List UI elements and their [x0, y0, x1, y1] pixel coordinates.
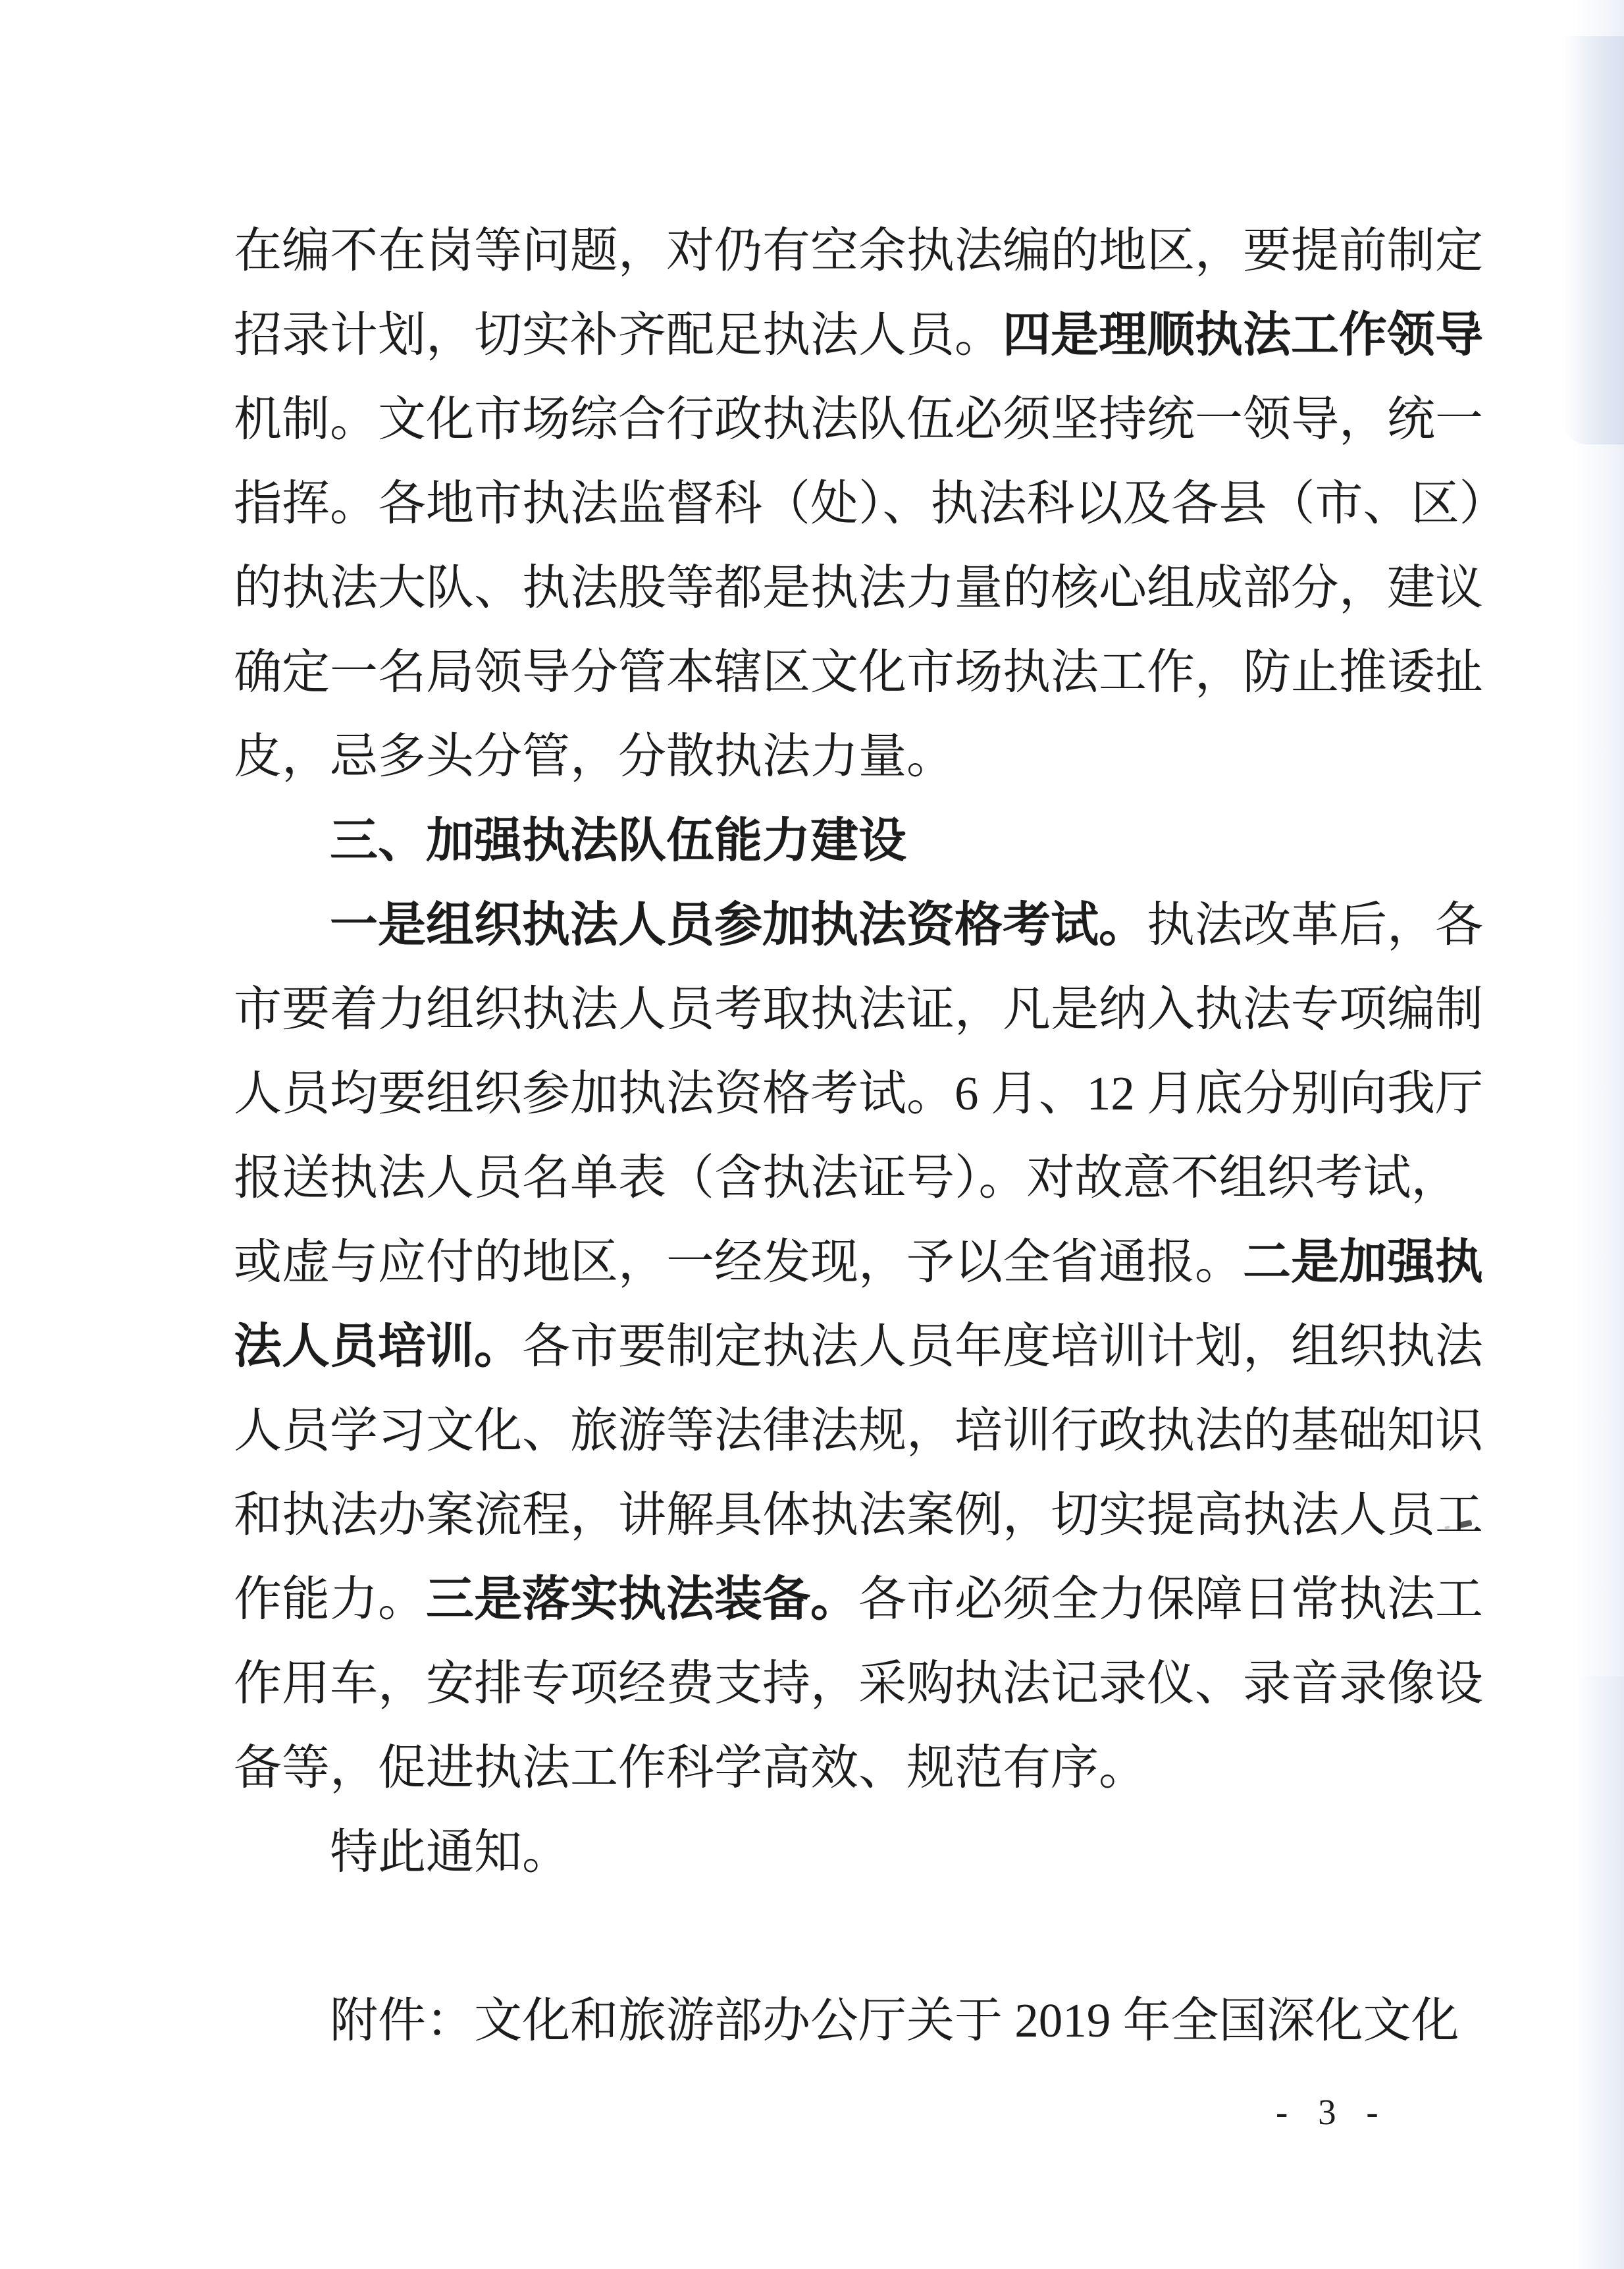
scan-edge-artifact	[1573, 0, 1624, 2269]
text-segment: 作能力。	[234, 1572, 426, 1626]
text-segment: 人员均要组织参加执法资格考试。6 月、12 月底分别向我厅	[234, 1067, 1483, 1120]
text-segment: 各市必须全力保障日常执法工	[858, 1572, 1483, 1626]
text-segment: 报送执法人员名单表（含执法证号）。对故意不组织考试，	[234, 1151, 1459, 1204]
text-segment: 执法改革后，各	[1147, 898, 1483, 951]
text-segment: 或虚与应付的地区，一经发现，予以全省通报。	[234, 1235, 1243, 1289]
bold-text-segment: 四是理顺执法工作领导	[1003, 308, 1483, 361]
text-line: 人员均要组织参加执法资格考试。6 月、12 月底分别向我厅	[234, 1052, 1392, 1136]
text-segment: 作用车，安排专项经费支持，采购执法记录仪、录音录像设	[234, 1657, 1483, 1710]
text-segment: 确定一名局领导分管本辖区文化市场执法工作，防止推诿扯	[234, 645, 1483, 699]
text-segment: 附件：文化和旅游部办公厅关于 2019 年全国深化文化	[330, 1994, 1459, 2047]
bold-text-segment: 一是组织执法人员参加执法资格考试。	[330, 898, 1147, 951]
text-segment: 各市要制定执法人员年度培训计划，组织执法	[522, 1320, 1483, 1373]
document-page: 在编不在岗等问题，对仍有空余执法编的地区，要提前制定招录计划，切实补齐配足执法人…	[0, 0, 1624, 2269]
text-line: 法人员培训。各市要制定执法人员年度培训计划，组织执法	[234, 1304, 1392, 1389]
text-line: 市要着力组织执法人员考取执法证，凡是纳入执法专项编制	[234, 967, 1392, 1052]
text-line: 机制。文化市场综合行政执法队伍必须坚持统一领导，统一	[234, 377, 1392, 462]
page-number: - 3 -	[1276, 2093, 1394, 2132]
bold-text-segment: 法人员培训。	[234, 1320, 522, 1373]
scan-edge-artifact-top	[1561, 36, 1624, 444]
text-line: 人员学习文化、旅游等法律法规，培训行政执法的基础知识	[234, 1389, 1392, 1473]
text-line: 一是组织执法人员参加执法资格考试。执法改革后，各	[234, 883, 1392, 967]
text-segment: 在编不在岗等问题，对仍有空余执法编的地区，要提前制定	[234, 224, 1483, 277]
text-line: 备等，促进执法工作科学高效、规范有序。	[234, 1726, 1392, 1810]
bold-text-segment: 二是加强执	[1243, 1235, 1483, 1289]
text-segment: 备等，促进执法工作科学高效、规范有序。	[234, 1741, 1147, 1794]
blank-line	[234, 1894, 1392, 1979]
bold-text-segment: 三、加强执法队伍能力建设	[330, 814, 906, 867]
text-segment: 机制。文化市场综合行政执法队伍必须坚持统一领导，统一	[234, 392, 1483, 446]
text-line: 作能力。三是落实执法装备。各市必须全力保障日常执法工	[234, 1557, 1392, 1642]
text-segment: 市要着力组织执法人员考取执法证，凡是纳入执法专项编制	[234, 982, 1483, 1036]
text-line: 三、加强执法队伍能力建设	[234, 799, 1392, 883]
text-segment: 招录计划，切实补齐配足执法人员。	[234, 308, 1003, 361]
text-line: 确定一名局领导分管本辖区文化市场执法工作，防止推诿扯	[234, 630, 1392, 714]
bold-text-segment: 三是落实执法装备。	[426, 1572, 858, 1626]
text-line: 附件：文化和旅游部办公厅关于 2019 年全国深化文化	[234, 1979, 1392, 2063]
text-line: 特此通知。	[234, 1810, 1392, 1894]
text-segment: 皮，忌多头分管，分散执法力量。	[234, 730, 955, 783]
text-line: 招录计划，切实补齐配足执法人员。四是理顺执法工作领导	[234, 293, 1392, 377]
text-segment: 特此通知。	[330, 1825, 570, 1879]
scan-edge-artifact-bottom	[1578, 1676, 1624, 2269]
text-segment: 和执法办案流程，讲解具体执法案例，切实提高执法人员工	[234, 1488, 1483, 1541]
text-line: 报送执法人员名单表（含执法证号）。对故意不组织考试，	[234, 1136, 1392, 1220]
text-segment: 人员学习文化、旅游等法律法规，培训行政执法的基础知识	[234, 1404, 1483, 1457]
text-line: 和执法办案流程，讲解具体执法案例，切实提高执法人员工	[234, 1473, 1392, 1557]
text-segment: 的执法大队、执法股等都是执法力量的核心组成部分，建议	[234, 561, 1483, 614]
document-body: 在编不在岗等问题，对仍有空余执法编的地区，要提前制定招录计划，切实补齐配足执法人…	[234, 209, 1392, 2063]
text-line: 皮，忌多头分管，分散执法力量。	[234, 714, 1392, 799]
text-line: 在编不在岗等问题，对仍有空余执法编的地区，要提前制定	[234, 209, 1392, 293]
text-segment: 指挥。各地市执法监督科（处）、执法科以及各县（市、区）	[234, 477, 1507, 530]
text-line: 的执法大队、执法股等都是执法力量的核心组成部分，建议	[234, 546, 1392, 630]
text-line: 作用车，安排专项经费支持，采购执法记录仪、录音录像设	[234, 1642, 1392, 1726]
text-line: 指挥。各地市执法监督科（处）、执法科以及各县（市、区）	[234, 462, 1392, 546]
text-line: 或虚与应付的地区，一经发现，予以全省通报。二是加强执	[234, 1220, 1392, 1304]
